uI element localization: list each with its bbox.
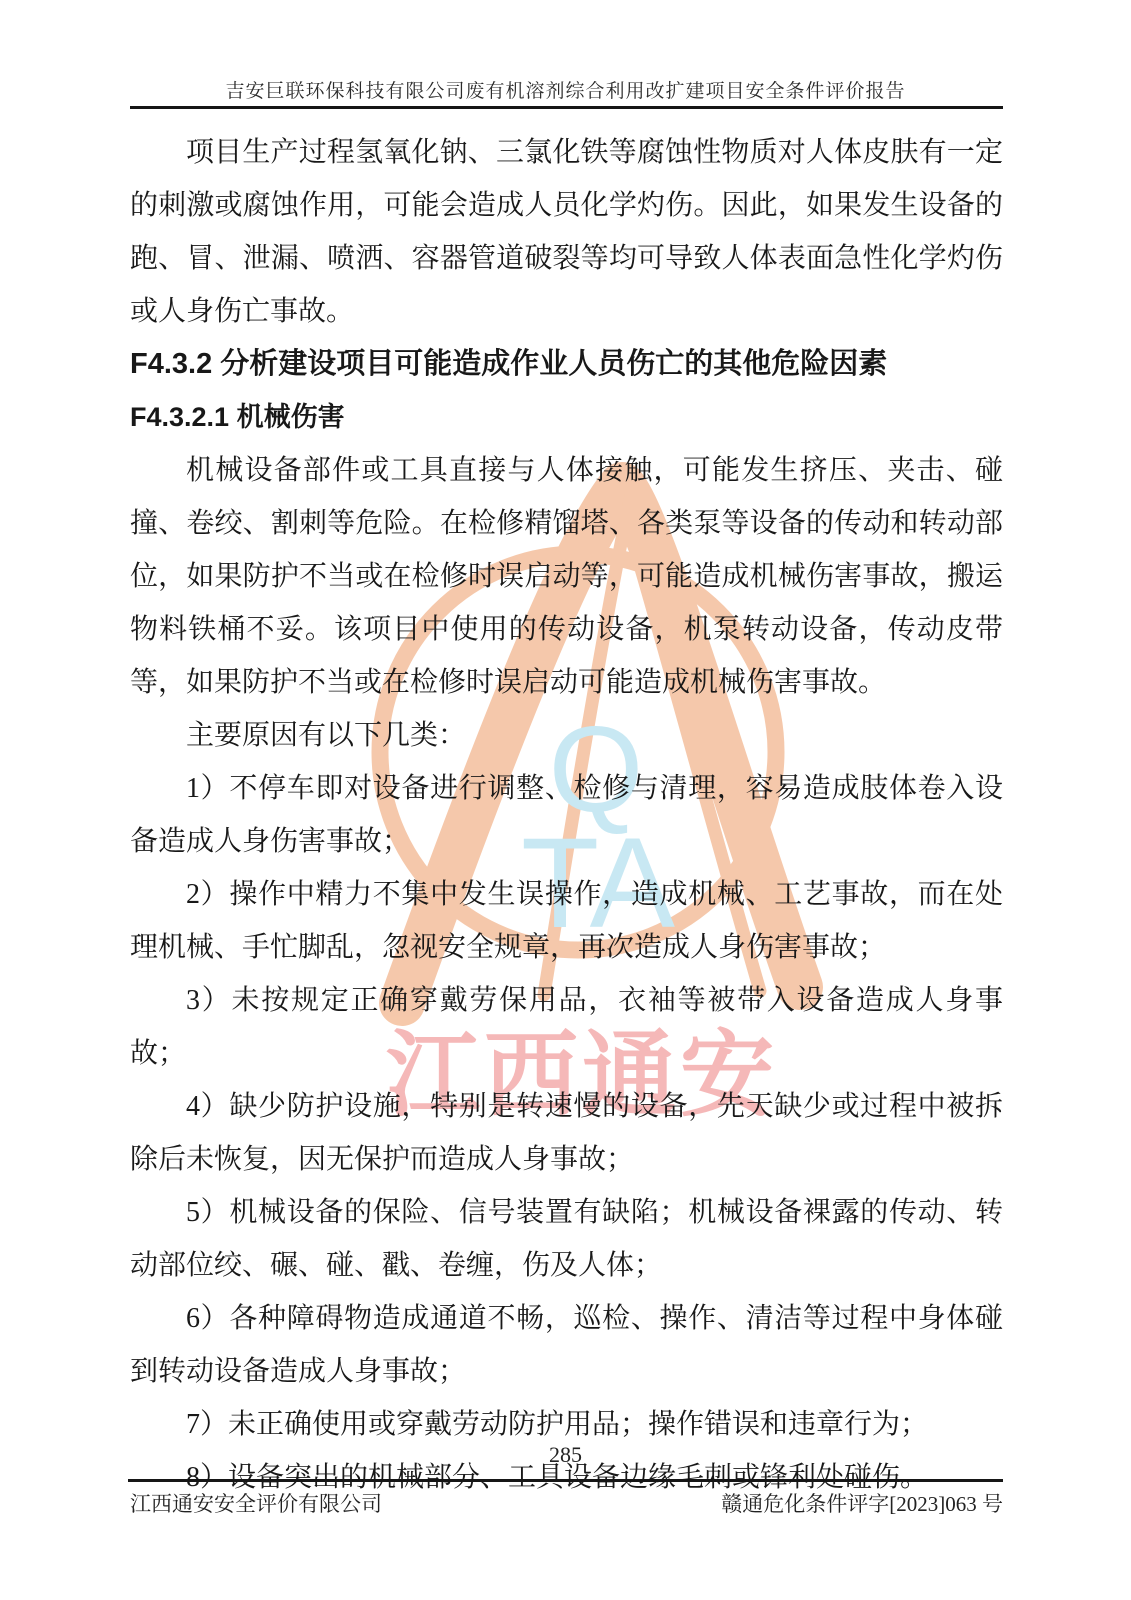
section-heading: F4.3.2 分析建设项目可能造成作业人员伤亡的其他危险因素 bbox=[130, 338, 1003, 391]
body-paragraph: 主要原因有以下几类： bbox=[130, 709, 1003, 762]
footer-doc-number: 赣通危化条件评字[2023]063 号 bbox=[721, 1488, 1003, 1518]
header-divider bbox=[130, 106, 1003, 109]
report-header-title: 吉安巨联环保科技有限公司废有机溶剂综合利用改扩建项目安全条件评价报告 bbox=[0, 76, 1131, 103]
list-item: 3）未按规定正确穿戴劳保用品，衣袖等被带入设备造成人身事故； bbox=[130, 974, 1003, 1080]
page-number: 285 bbox=[0, 1442, 1131, 1468]
footer-company-name: 江西通安安全评价有限公司 bbox=[130, 1488, 382, 1518]
body-paragraph: 机械设备部件或工具直接与人体接触，可能发生挤压、夹击、碰撞、卷绞、割刺等危险。在… bbox=[130, 444, 1003, 709]
footer-divider bbox=[128, 1479, 1003, 1482]
list-item: 2）操作中精力不集中发生误操作，造成机械、工艺事故，而在处理机械、手忙脚乱，忽视… bbox=[130, 868, 1003, 974]
document-body: 项目生产过程氢氧化钠、三氯化铁等腐蚀性物质对人体皮肤有一定的刺激或腐蚀作用，可能… bbox=[130, 126, 1003, 1504]
list-item: 5）机械设备的保险、信号装置有缺陷；机械设备裸露的传动、转动部位绞、碾、碰、戳、… bbox=[130, 1186, 1003, 1292]
subsection-heading: F4.3.2.1 机械伤害 bbox=[130, 391, 1003, 444]
list-item: 1）不停车即对设备进行调整、检修与清理，容易造成肢体卷入设备造成人身伤害事故； bbox=[130, 762, 1003, 868]
body-paragraph: 项目生产过程氢氧化钠、三氯化铁等腐蚀性物质对人体皮肤有一定的刺激或腐蚀作用，可能… bbox=[130, 126, 1003, 338]
document-page: Q TA 江西通安 吉安巨联环保科技有限公司废有机溶剂综合利用改扩建项目安全条件… bbox=[0, 0, 1131, 1600]
list-item: 4）缺少防护设施，特别是转速慢的设备，先天缺少或过程中被拆除后未恢复，因无保护而… bbox=[130, 1080, 1003, 1186]
footer: 江西通安安全评价有限公司 赣通危化条件评字[2023]063 号 bbox=[130, 1488, 1003, 1518]
list-item: 6）各种障碍物造成通道不畅，巡检、操作、清洁等过程中身体碰到转动设备造成人身事故… bbox=[130, 1292, 1003, 1398]
